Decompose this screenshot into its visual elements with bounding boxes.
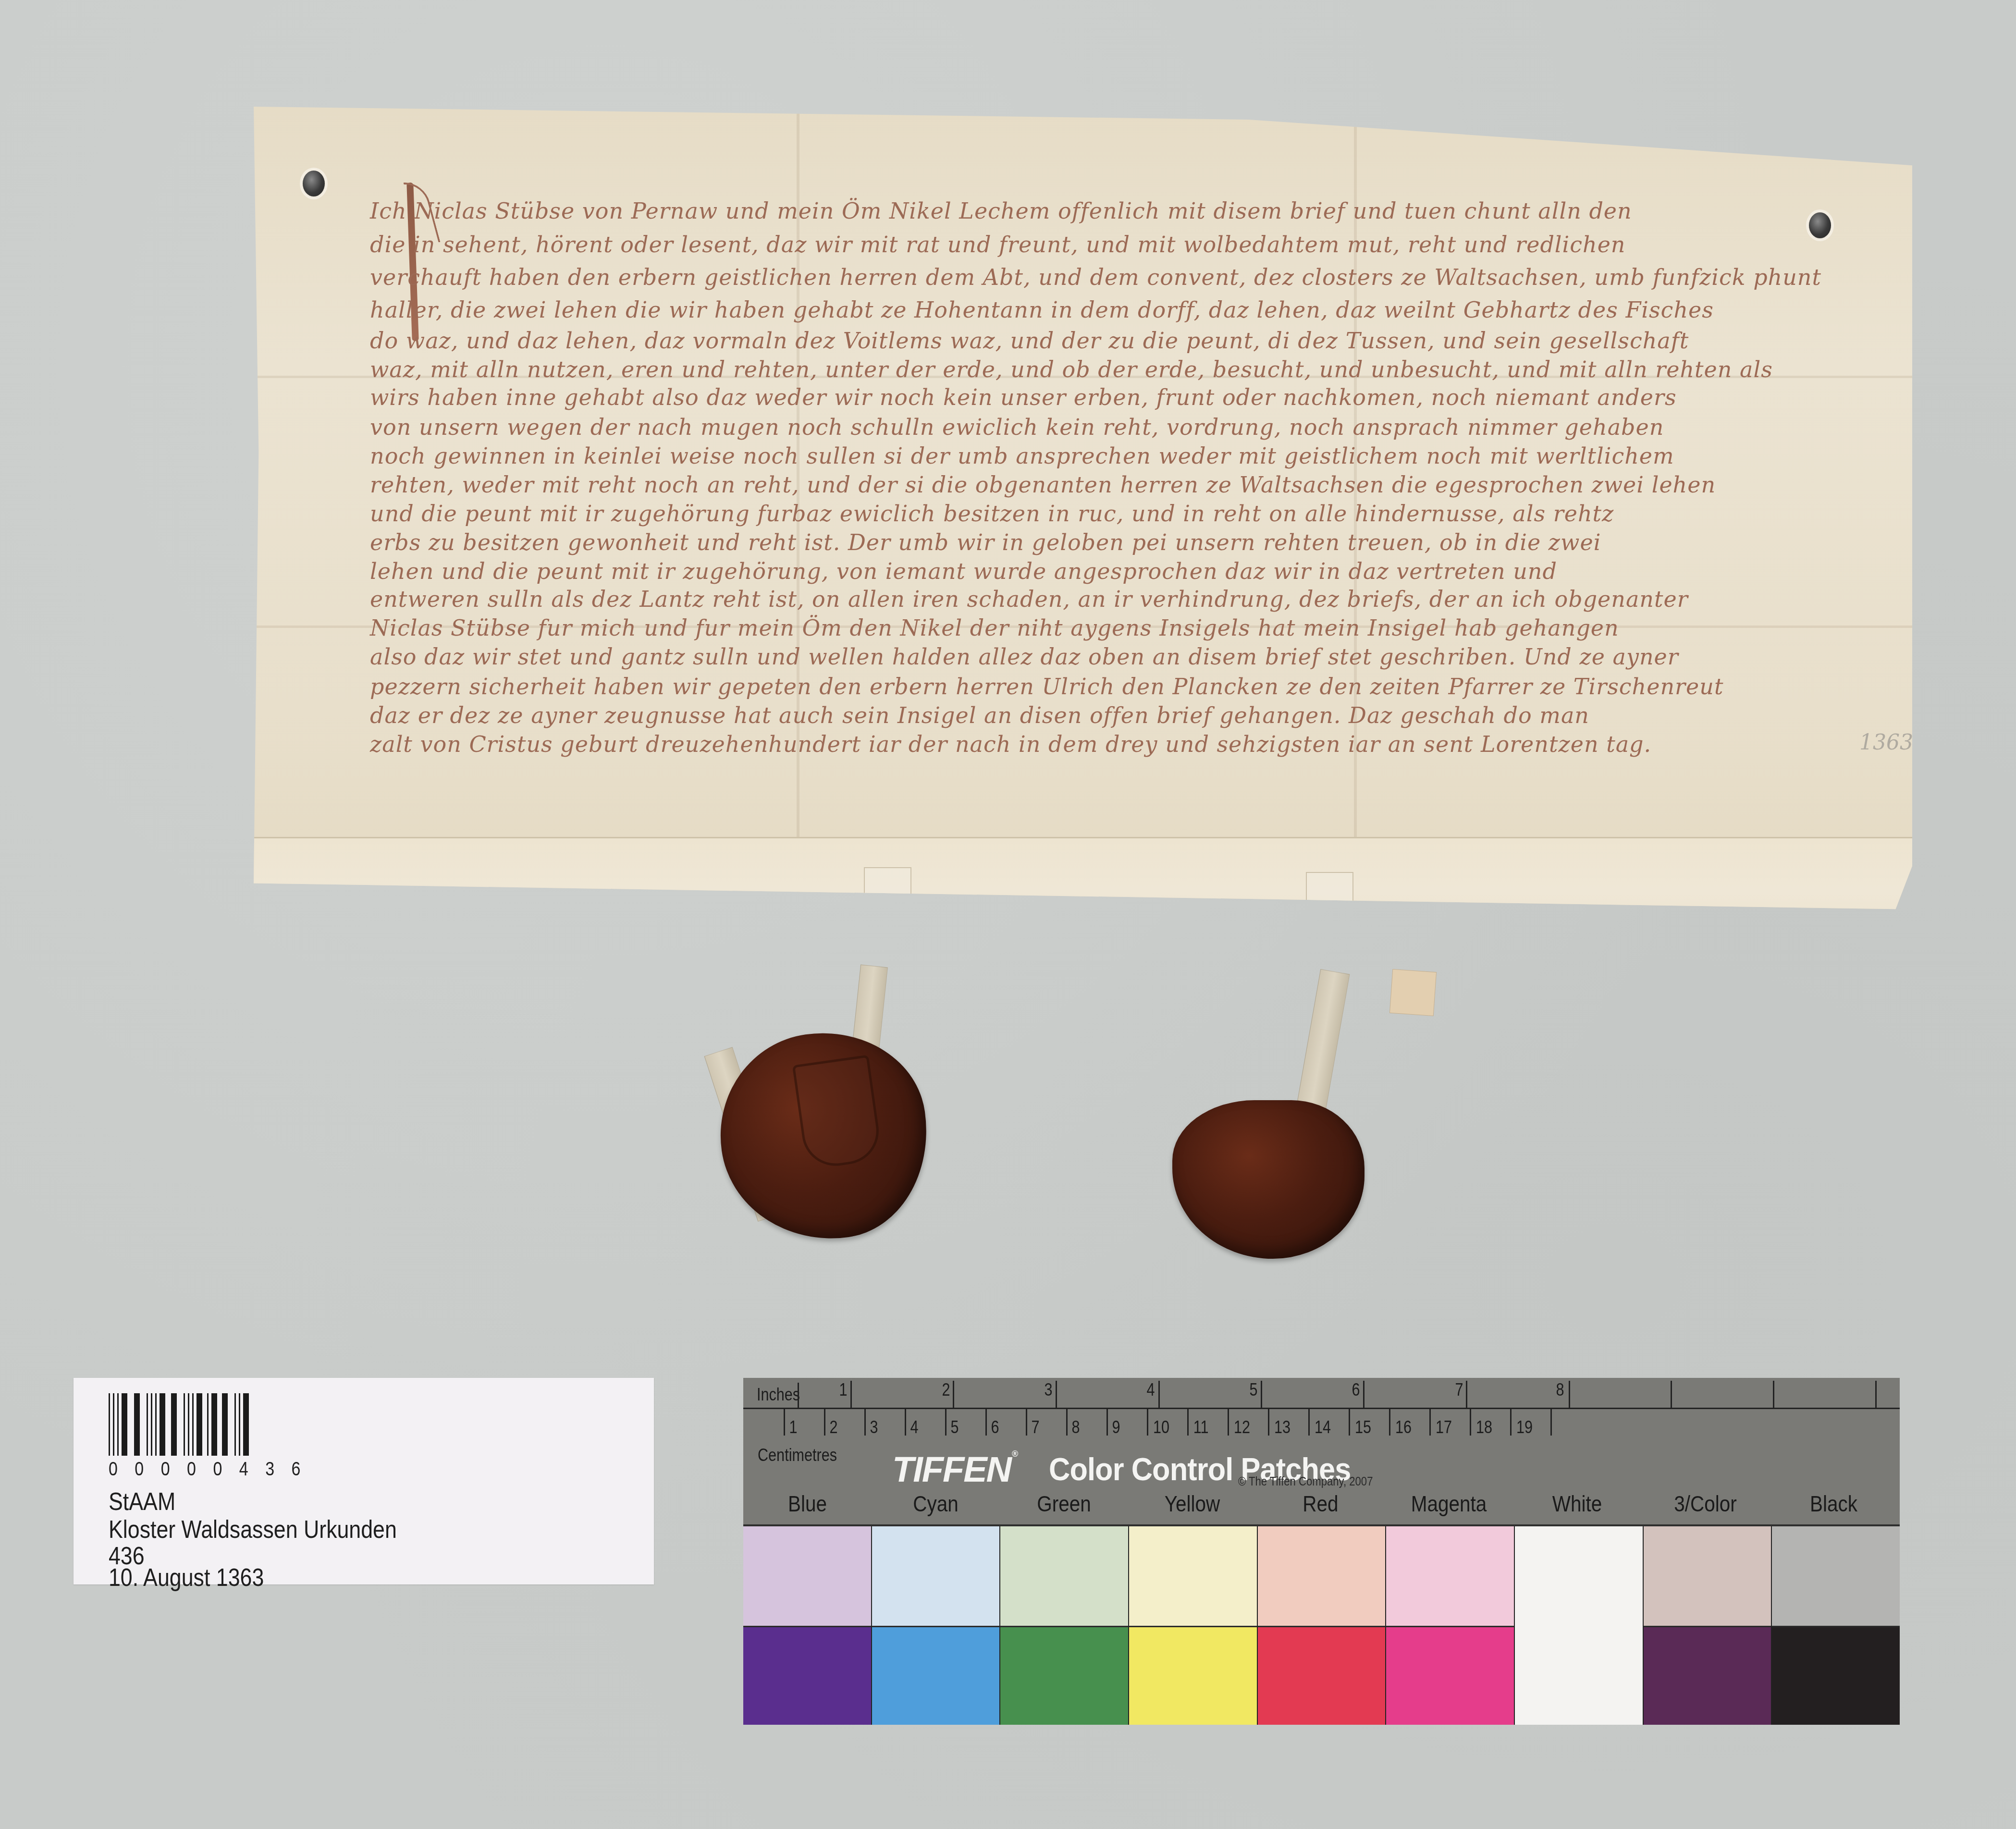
- inch-mark: 8: [1556, 1380, 1564, 1400]
- patch-label-green: Green: [1008, 1491, 1120, 1517]
- charter-line: noch gewinnen in keinlei weise noch sull…: [370, 443, 1674, 469]
- cm-mark: 9: [1112, 1417, 1120, 1437]
- charter-line: waz, mit alln nutzen, eren und rehten, u…: [370, 356, 1773, 382]
- centimetres-label: Centimetres: [758, 1445, 837, 1465]
- charter-line: lehen und die peunt mit ir zugehörung, v…: [370, 558, 1557, 584]
- torn-tag-fragment: [1389, 969, 1437, 1016]
- barcode-digit: 6: [292, 1459, 301, 1480]
- pin-icon: [303, 171, 325, 196]
- cm-mark: 15: [1355, 1417, 1371, 1437]
- patch-label-red: Red: [1264, 1491, 1377, 1517]
- collection-name: Kloster Waldsassen Urkunden: [109, 1517, 397, 1542]
- cm-mark: 16: [1395, 1417, 1412, 1437]
- inch-mark: 2: [942, 1380, 950, 1400]
- cm-mark: 6: [991, 1417, 999, 1437]
- cm-mark: 18: [1476, 1417, 1492, 1437]
- patch-label-magenta: Magenta: [1392, 1491, 1505, 1517]
- cm-mark: 3: [870, 1417, 878, 1437]
- patch-magenta: [1386, 1526, 1515, 1725]
- cm-mark: 7: [1032, 1417, 1040, 1437]
- charter-line: wirs haben inne gehabt also daz weder wi…: [370, 384, 1677, 410]
- charter-line: die in sehent, hörent oder lesent, daz w…: [370, 232, 1626, 258]
- patch-label-cyan: Cyan: [879, 1491, 992, 1517]
- cm-mark: 17: [1436, 1417, 1452, 1437]
- registered-mark: ®: [1012, 1449, 1017, 1459]
- document-date: 10. August 1363: [109, 1565, 264, 1590]
- charter-line: Niclas Stübse fur mich und fur mein Öm d…: [370, 615, 1619, 641]
- patch-cyan: [872, 1526, 1001, 1725]
- patch-label-black: Black: [1777, 1491, 1890, 1517]
- cm-mark: 8: [1072, 1417, 1080, 1437]
- charter-line: erbs zu besitzen gewonheit und reht ist.…: [370, 529, 1601, 555]
- barcode-icon: [109, 1393, 252, 1456]
- patch-3color: [1644, 1526, 1772, 1725]
- charter-line: und die peunt mit ir zugehörung furbaz e…: [370, 501, 1614, 527]
- patch-blue: [743, 1526, 872, 1725]
- archive-name: StAAM: [109, 1489, 175, 1514]
- charter-line: entweren sulln als dez Lantz reht ist, o…: [370, 586, 1688, 612]
- patch-black: [1772, 1526, 1900, 1725]
- cm-mark: 13: [1274, 1417, 1291, 1437]
- barcode-digit: 3: [265, 1459, 274, 1480]
- ruler-divider: [743, 1408, 1900, 1409]
- charter-line: also daz wir stet und gantz sulln und we…: [370, 644, 1679, 670]
- inch-mark: 1: [839, 1380, 848, 1400]
- cm-mark: 10: [1153, 1417, 1169, 1437]
- charter-line: von unsern wegen der nach mugen noch sch…: [370, 414, 1664, 440]
- cm-mark: 5: [951, 1417, 959, 1437]
- cm-mark: 2: [830, 1417, 838, 1437]
- pencil-annotation: 1363: [1859, 730, 1913, 755]
- color-patches: [743, 1526, 1900, 1725]
- patch-yellow: [1129, 1526, 1258, 1725]
- cm-mark: 11: [1193, 1417, 1209, 1437]
- cm-mark: 19: [1516, 1417, 1533, 1437]
- barcode-digit: 4: [239, 1459, 248, 1480]
- patch-red: [1258, 1526, 1387, 1725]
- patch-white: [1515, 1526, 1644, 1725]
- brand-name: TIFFEN: [892, 1449, 1011, 1489]
- barcode-digit: 0: [187, 1459, 196, 1480]
- charter-line: rehten, weder mit reht noch an reht, und…: [370, 472, 1716, 498]
- shield-icon: [792, 1055, 883, 1170]
- charter-line: do waz, und daz lehen, daz vormaln dez V…: [370, 328, 1689, 354]
- charter-line: Ich Niclas Stübse von Pernaw und mein Öm…: [370, 198, 1632, 224]
- cm-mark: 12: [1234, 1417, 1250, 1437]
- pin-icon: [1809, 212, 1831, 238]
- cm-mark: 1: [789, 1417, 798, 1437]
- inch-mark: 6: [1352, 1380, 1360, 1400]
- color-control-chart: Inches 1 2 3 4 5 6 7 8: [743, 1378, 1900, 1725]
- charter-line: pezzern sicherheit haben wir gepeten den…: [370, 674, 1723, 700]
- patch-label-blue: Blue: [751, 1491, 864, 1517]
- archive-label: 0 0 0 0 0 4 3 6 StAAM Kloster Waldsassen…: [74, 1378, 654, 1584]
- cm-mark: 14: [1315, 1417, 1331, 1437]
- tiffen-logo: TIFFEN®: [892, 1449, 1017, 1490]
- barcode-digit: 0: [161, 1459, 170, 1480]
- inch-mark: 5: [1250, 1380, 1258, 1400]
- barcode-number: 0 0 0 0 0 4 3 6: [109, 1459, 301, 1480]
- patch-label-yellow: Yellow: [1136, 1491, 1249, 1517]
- patch-label-white: White: [1521, 1491, 1634, 1517]
- inch-mark: 3: [1045, 1380, 1053, 1400]
- barcode-digit: 0: [213, 1459, 222, 1480]
- charter-line: daz er dez ze ayner zeugnusse hat auch s…: [370, 702, 1589, 728]
- chart-header: Inches 1 2 3 4 5 6 7 8: [743, 1378, 1900, 1526]
- inch-mark: 4: [1147, 1380, 1155, 1400]
- cm-mark: 4: [910, 1417, 919, 1437]
- barcode-digit: 0: [135, 1459, 144, 1480]
- charter-line: haller, die zwei lehen die wir haben geh…: [370, 297, 1714, 323]
- inch-mark: 7: [1455, 1380, 1463, 1400]
- charter-line: zalt von Cristus geburt dreuzehenhundert…: [370, 731, 1651, 757]
- inches-label: Inches: [757, 1385, 800, 1405]
- charter-line: verchauft haben den erbern geistlichen h…: [370, 264, 1821, 290]
- copyright-notice: © The Tiffen Company, 2007: [1238, 1474, 1373, 1489]
- patch-label-3color: 3/Color: [1649, 1491, 1762, 1517]
- patch-green: [1000, 1526, 1129, 1725]
- barcode-digit: 0: [109, 1459, 118, 1480]
